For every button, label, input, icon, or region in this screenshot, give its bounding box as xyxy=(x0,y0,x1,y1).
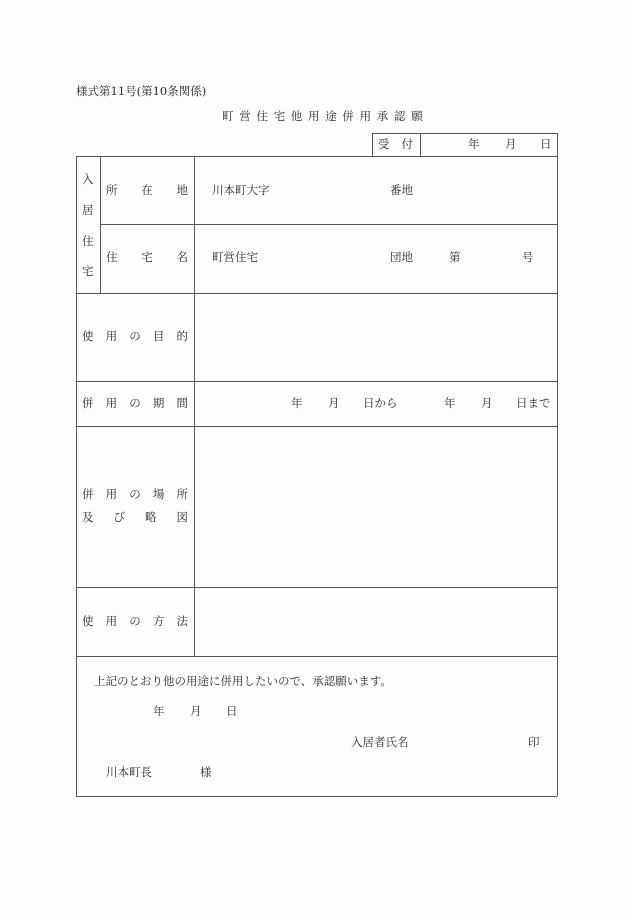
residence-group-char-4: 宅 xyxy=(82,266,94,278)
form-number: 様式第11号(第10条関係) xyxy=(76,86,206,98)
seal-mark: 印 xyxy=(528,737,540,749)
period-to-day: 日まで xyxy=(516,398,551,410)
table-right-border xyxy=(557,133,558,796)
place-label-line1: 併 用 の 場 所 xyxy=(82,489,188,501)
page-title: 町営住宅他用途併用承認願 xyxy=(222,111,412,123)
period-from-year: 年 xyxy=(291,398,303,410)
declaration-statement: 上記のとおり他の用途に併用したいので、承認願います。 xyxy=(94,676,392,688)
receipt-day-label: 日 xyxy=(540,139,552,151)
receipt-left-border xyxy=(372,133,373,156)
house-estate-label: 団地 xyxy=(390,252,413,264)
applicant-name-label: 入居者氏名 xyxy=(351,737,409,749)
applicant-name-field[interactable] xyxy=(412,730,522,752)
residence-group-char-1: 入 xyxy=(82,174,94,186)
place-label-line2: 及 び 略 図 xyxy=(82,512,188,524)
period-label: 併 用 の 期 間 xyxy=(82,398,188,410)
house-number-prefix: 第 xyxy=(449,252,461,264)
addressee-honorific: 様 xyxy=(200,767,212,779)
period-from-day: 日から xyxy=(363,398,398,410)
period-to-year: 年 xyxy=(444,398,456,410)
purpose-label: 使 用 の 目 的 xyxy=(82,331,188,343)
location-label: 所 在 地 xyxy=(106,185,188,197)
addressee: 川本町長 xyxy=(106,767,152,779)
house-name-prefix: 町営住宅 xyxy=(212,252,258,264)
location-prefix: 川本町大字 xyxy=(212,185,270,197)
period-to-month: 月 xyxy=(481,398,493,410)
receipt-year-label: 年 xyxy=(468,139,480,151)
declaration-day: 日 xyxy=(226,706,238,718)
method-label: 使 用 の 方 法 xyxy=(82,616,188,628)
place-sketch-field[interactable] xyxy=(195,427,556,586)
row-divider-method xyxy=(76,656,557,657)
residence-group-char-2: 居 xyxy=(82,205,94,217)
declaration-month: 月 xyxy=(190,706,202,718)
receipt-month-label: 月 xyxy=(505,139,517,151)
table-left-border xyxy=(76,156,77,796)
declaration-year: 年 xyxy=(153,706,165,718)
residence-group-char-3: 住 xyxy=(82,236,94,248)
purpose-field[interactable] xyxy=(195,294,556,380)
house-number-suffix: 号 xyxy=(522,252,534,264)
receipt-label: 受付 xyxy=(378,139,414,151)
method-field[interactable] xyxy=(195,588,556,655)
table-bottom-border xyxy=(76,796,557,797)
location-suffix: 番地 xyxy=(390,185,413,197)
period-from-month: 月 xyxy=(328,398,340,410)
house-name-label: 住 宅 名 xyxy=(106,252,188,264)
title-text: 町営住宅他用途併用承認願 xyxy=(222,111,428,123)
receipt-date-field[interactable] xyxy=(421,134,556,156)
